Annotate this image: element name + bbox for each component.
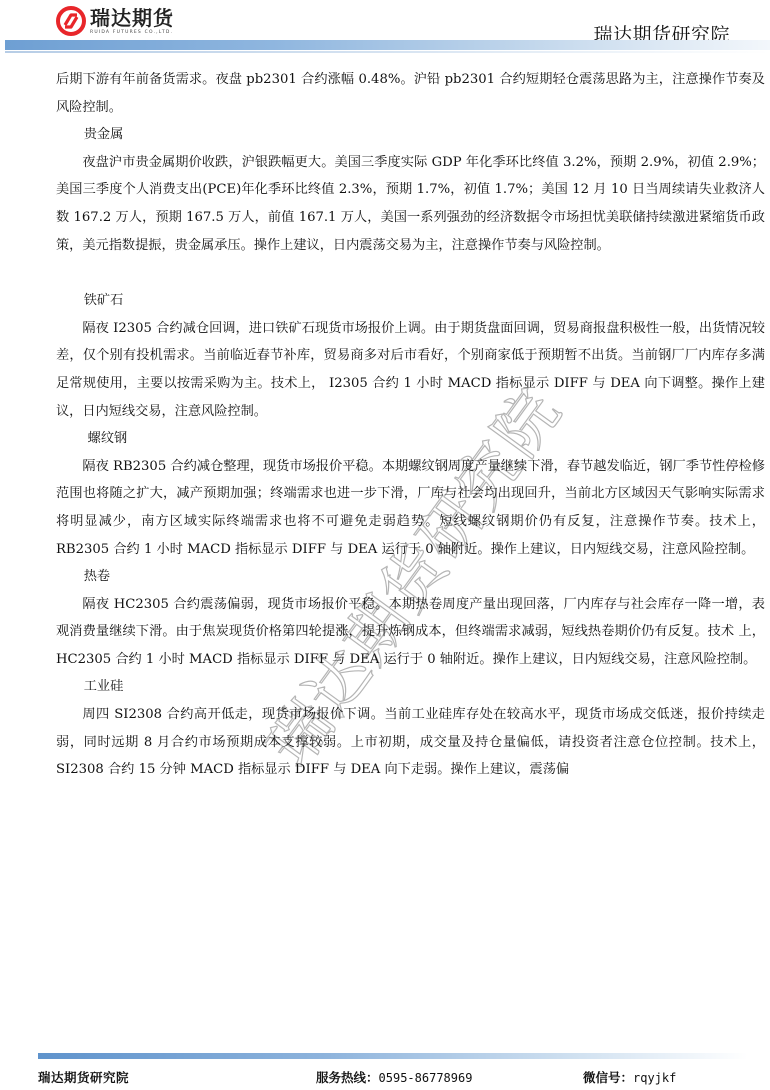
section-heading-iron-ore: 铁矿石: [56, 287, 765, 315]
section-heading-rebar: 螺纹钢: [56, 425, 765, 453]
hotline-number: 0595-86778969: [379, 1071, 473, 1085]
section-paragraph-iron-ore: 隔夜 I2305 合约减仓回调，进口铁矿石现货市场报价上调。由于期货盘面回调，贸…: [56, 315, 765, 425]
footer-wechat: 微信号：rqyjkf: [583, 1068, 676, 1086]
footer-org-name: 瑞达期货研究院: [38, 1068, 129, 1086]
spacer: [56, 259, 765, 287]
ruida-logo-icon: [56, 6, 86, 36]
page-footer: 瑞达期货研究院 服务热线：0595-86778969 微信号：rqyjkf: [38, 1066, 758, 1088]
logo-chinese-name: 瑞达期货: [90, 7, 174, 29]
section-heading-hot-coil: 热卷: [56, 563, 765, 591]
company-logo: 瑞达期货 RUIDA FUTURES CO.,LTD.: [56, 4, 174, 38]
report-body: 后期下游有年前备货需求。夜盘 pb2301 合约涨幅 0.48%。沪铅 pb23…: [56, 66, 765, 784]
footer-hotline: 服务热线：0595-86778969: [316, 1068, 472, 1086]
lead-paragraph: 后期下游有年前备货需求。夜盘 pb2301 合约涨幅 0.48%。沪铅 pb23…: [56, 66, 765, 121]
footer-divider-band: [38, 1053, 748, 1059]
section-paragraph-hot-coil: 隔夜 HC2305 合约震荡偏弱，现货市场报价平稳。本期热卷周度产量出现回落，厂…: [56, 591, 765, 674]
hotline-label: 服务热线：: [316, 1070, 379, 1085]
header-divider-line: [5, 51, 770, 53]
logo-english-name: RUIDA FUTURES CO.,LTD.: [90, 30, 174, 36]
section-paragraph-industrial-silicon: 周四 SI2308 合约高开低走，现货市场报价下调。当前工业硅库存处在较高水平，…: [56, 701, 765, 784]
wechat-id: rqyjkf: [633, 1071, 676, 1085]
page-header: 瑞达期货 RUIDA FUTURES CO.,LTD. 瑞达期货研究院: [0, 0, 770, 56]
wechat-label: 微信号：: [583, 1070, 633, 1085]
section-heading-industrial-silicon: 工业硅: [56, 673, 765, 701]
header-divider-band: [5, 40, 770, 50]
section-heading-precious-metals: 贵金属: [56, 121, 765, 149]
section-paragraph-precious-metals: 夜盘沪市贵金属期价收跌，沪银跌幅更大。美国三季度实际 GDP 年化季环比终值 3…: [56, 149, 765, 259]
section-paragraph-rebar: 隔夜 RB2305 合约减仓整理，现货市场报价平稳。本期螺纹钢周度产量继续下滑，…: [56, 453, 765, 563]
